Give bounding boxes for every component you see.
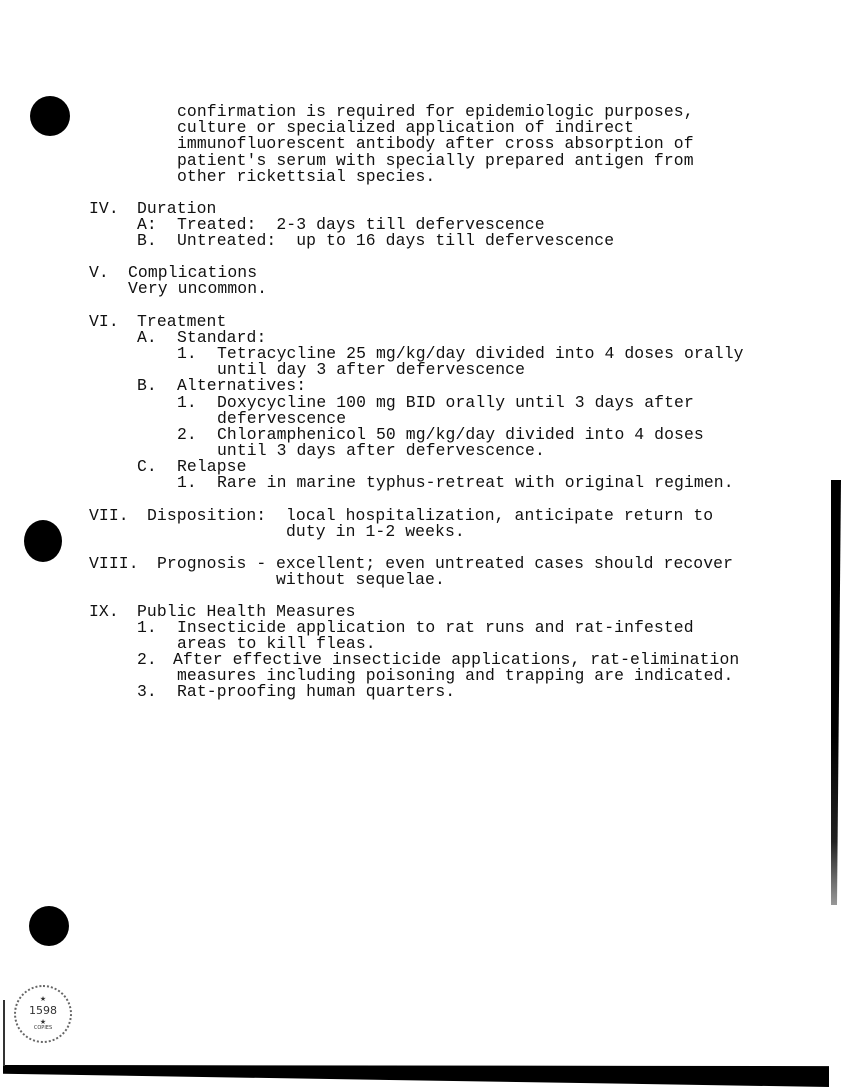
item-num: 1. bbox=[177, 346, 197, 362]
section-numeral: VI. bbox=[89, 314, 119, 330]
section-title: Prognosis - bbox=[157, 556, 266, 572]
binder-hole-middle bbox=[24, 520, 62, 562]
section-numeral: V. bbox=[89, 265, 109, 281]
item-text: Untreated: up to 16 days till defervesce… bbox=[177, 233, 614, 249]
text-line: other rickettsial species. bbox=[177, 169, 435, 185]
item-num: 3. bbox=[137, 684, 157, 700]
item-label: A. bbox=[137, 330, 157, 346]
section-numeral: IV. bbox=[89, 201, 119, 217]
item-text: until 3 days after defervescence. bbox=[217, 443, 545, 459]
section-numeral: VIII. bbox=[89, 556, 139, 572]
scan-edge-left bbox=[3, 1000, 5, 1066]
item-num: 1. bbox=[177, 395, 197, 411]
binder-hole-bottom bbox=[29, 906, 69, 946]
section-numeral: VII. bbox=[89, 508, 129, 524]
item-text: Rat-proofing human quarters. bbox=[177, 684, 455, 700]
archive-seal-stamp: ★ 1598 ★ COPIES bbox=[14, 985, 72, 1043]
section-text: duty in 1-2 weeks. bbox=[286, 524, 465, 540]
scan-edge-right bbox=[831, 480, 841, 905]
item-label: B. bbox=[137, 378, 157, 394]
star-icon: ★ bbox=[16, 995, 70, 1003]
item-text: Rare in marine typhus-retreat with origi… bbox=[217, 475, 734, 491]
section-text: without sequelae. bbox=[276, 572, 445, 588]
item-num: 1. bbox=[177, 475, 197, 491]
item-num: 2. bbox=[177, 427, 197, 443]
binder-hole-top bbox=[30, 96, 70, 136]
item-label: C. bbox=[137, 459, 157, 475]
item-num: 2. bbox=[137, 652, 157, 668]
subsection-title: Alternatives: bbox=[177, 378, 306, 394]
item-num: 1. bbox=[137, 620, 157, 636]
text-line: immunofluorescent antibody after cross a… bbox=[177, 136, 694, 152]
seal-word: COPIES bbox=[16, 1025, 70, 1031]
section-numeral: IX. bbox=[89, 604, 119, 620]
section-title: Disposition: bbox=[147, 508, 266, 524]
seal-number: 1598 bbox=[16, 1005, 70, 1017]
item-label: B. bbox=[137, 233, 157, 249]
section-text: Very uncommon. bbox=[128, 281, 267, 297]
scan-edge-bottom bbox=[3, 1065, 829, 1087]
